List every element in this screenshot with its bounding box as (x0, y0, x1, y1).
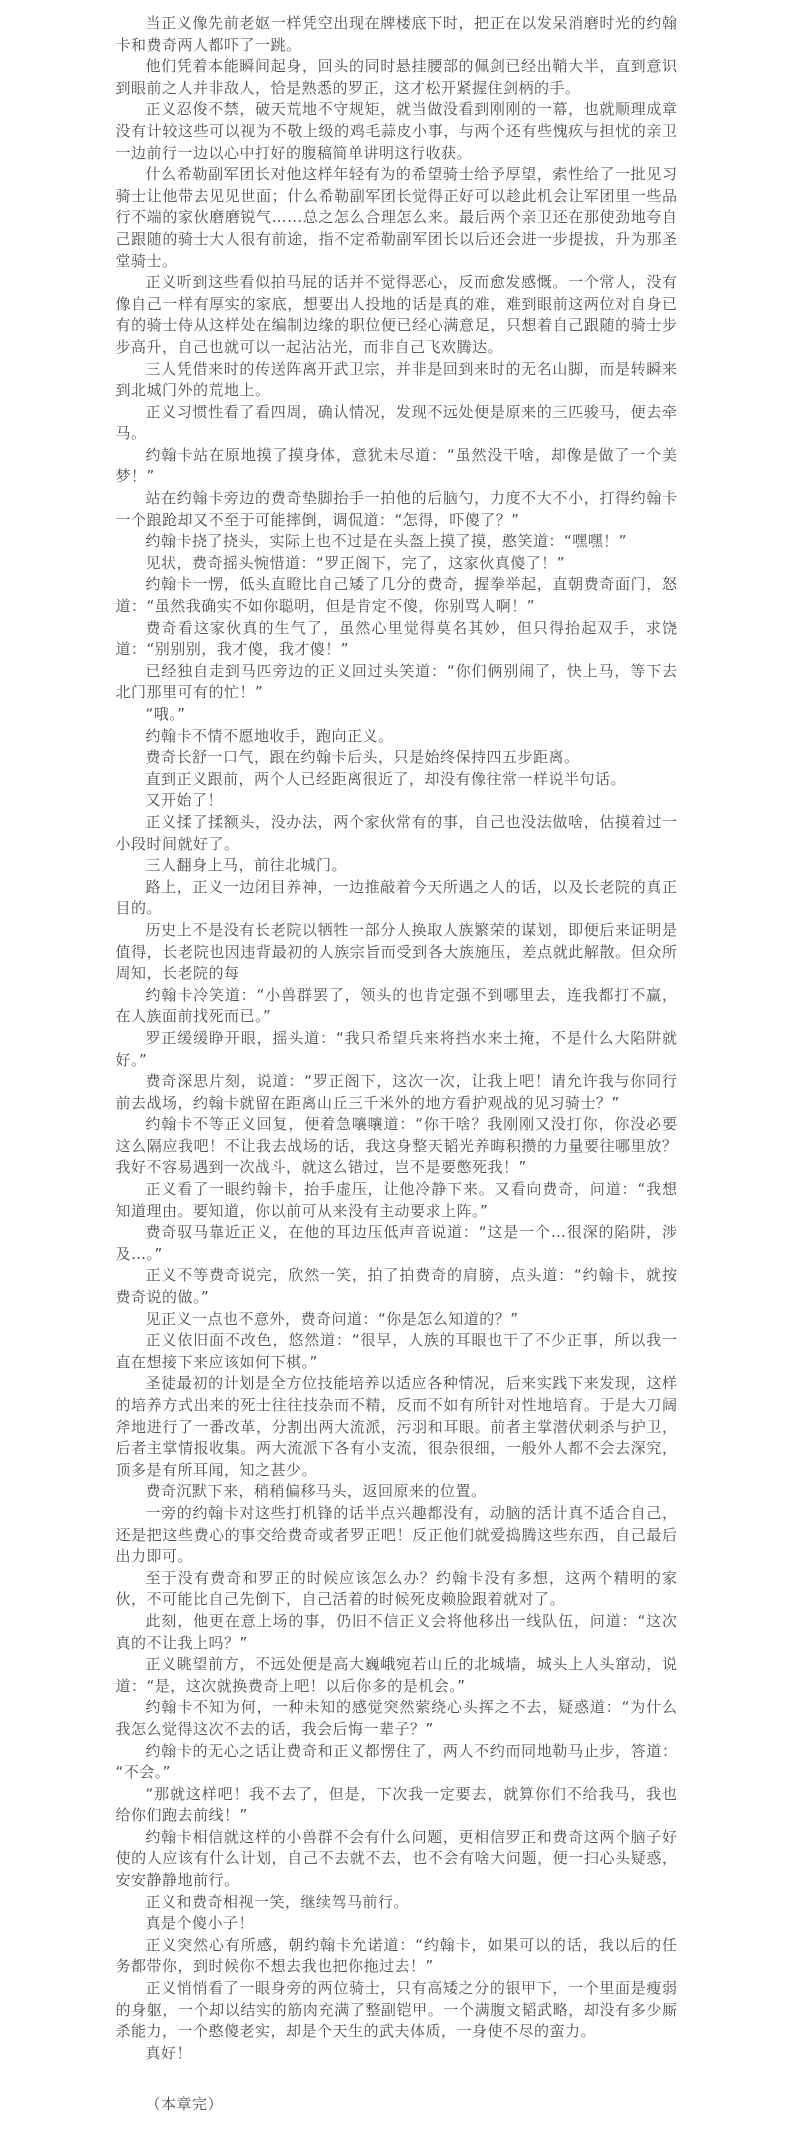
paragraph: 又开始了！ (116, 790, 678, 812)
paragraph: 见正义一点也不意外，费奇问道：“你是怎么知道的？” (116, 1309, 678, 1331)
paragraph: 他们凭着本能瞬间起身，回头的同时悬挂腰部的佩剑已经出鞘大半，直到意识到眼前之人并… (116, 56, 678, 99)
paragraph: 当正义像先前老妪一样凭空出现在牌楼底下时，把正在以发呆消磨时光的约翰卡和费奇两人… (116, 13, 678, 56)
paragraph: 站在约翰卡旁边的费奇垫脚抬手一拍他的后脑勺，力度不大不小，打得约翰卡一个踉跄却又… (116, 488, 678, 531)
paragraph: 路上，正义一边闭目养神，一边推敲着今天所遇之人的话，以及长老院的真正目的。 (116, 877, 678, 920)
paragraph: 见状，费奇摇头惋惜道：“罗正阁下，完了，这家伙真傻了！” (116, 553, 678, 575)
paragraph: 约翰卡不知为何，一种未知的感觉突然萦绕心头挥之不去，疑惑道：“为什么我怎么觉得这… (116, 1697, 678, 1740)
paragraph: 约翰卡相信就这样的小兽群不会有什么问题，更相信罗正和费奇这两个脑子好使的人应该有… (116, 1827, 678, 1892)
paragraph: 正义揉了揉额头，没办法，两个家伙常有的事，自己也没法做啥，估摸着过一小段时间就好… (116, 812, 678, 855)
paragraph: 约翰卡挠了挠头，实际上也不过是在头盔上摸了摸，憨笑道：“嘿嘿！” (116, 531, 678, 553)
paragraph: 真是个傻小子！ (116, 1913, 678, 1935)
paragraph: 约翰卡冷笑道：“小兽群罢了，领头的也肯定强不到哪里去，连我都打不赢，在人族面前找… (116, 985, 678, 1028)
paragraph: 约翰卡一愣，低头直瞪比自己矮了几分的费奇，握拳举起，直朝费奇面门，怒道：“虽然我… (116, 574, 678, 617)
paragraph: 此刻，他更在意上场的事，仍旧不信正义会将他移出一线队伍，问道：“这次真的不让我上… (116, 1611, 678, 1654)
paragraph: 费奇长舒一口气，跟在约翰卡后头，只是始终保持四五步距离。 (116, 747, 678, 769)
paragraph: 历史上不是没有长老院以牺牲一部分人换取人族繁荣的谋划，即便后来证明是值得，长老院… (116, 920, 678, 985)
chapter-text: 当正义像先前老妪一样凭空出现在牌楼底下时，把正在以发呆消磨时光的约翰卡和费奇两人… (116, 0, 678, 2094)
paragraph: 正义依旧面不改色，悠然道：“很早，人族的耳眼也干了不少正事，所以我一直在想接下来… (116, 1330, 678, 1373)
paragraph: 正义不等费奇说完，欣然一笑，拍了拍费奇的肩膀，点头道：“约翰卡，就按费奇说的做。… (116, 1265, 678, 1308)
paragraph: 约翰卡不情不愿地收手，跑向正义。 (116, 726, 678, 748)
paragraph: 三人凭借来时的传送阵离开武卫宗，并非是回到来时的无名山脚，而是转瞬来到北城门外的… (116, 359, 678, 402)
paragraph: 正义眺望前方，不远处便是高大巍峨宛若山丘的北城墙，城头上人头窜动，说道：“是，这… (116, 1654, 678, 1697)
paragraph: 正义忍俊不禁，破天荒地不守规矩，就当做没看到刚刚的一幕，也就顺理成章没有计较这些… (116, 99, 678, 164)
paragraph: 约翰卡站在原地摸了摸身体，意犹未尽道：“虽然没干啥，却像是做了一个美梦！” (116, 445, 678, 488)
paragraph: 直到正义跟前，两个人已经距离很近了，却没有像往常一样说半句话。 (116, 769, 678, 791)
paragraph: 费奇看这家伙真的生气了，虽然心里觉得莫名其妙，但只得抬起双手，求饶道：“别别别，… (116, 618, 678, 661)
paragraph: 正义习惯性看了看四周，确认情况，发现不远处便是原来的三匹骏马，便去牵马。 (116, 402, 678, 445)
paragraph: 约翰卡不等正义回复，便着急嚷嚷道：“你干啥？我刚刚又没打你，你没必要这么隔应我吧… (116, 1114, 678, 1179)
paragraph: 一旁的约翰卡对这些打机锋的话半点兴趣都没有，动脑的活计真不适合自己，还是把这些费… (116, 1503, 678, 1568)
paragraph: 什么希勒副军团长对他这样年轻有为的希望骑士给予厚望，索性给了一批见习骑士让他带去… (116, 164, 678, 272)
paragraph: 正义听到这些看似拍马屁的话并不觉得恶心，反而愈发感慨。一个常人，没有像自己一样有… (116, 272, 678, 358)
paragraph: 费奇深思片刻，说道：“罗正阁下，这次一次，让我上吧！请允许我与你同行前去战场，约… (116, 1071, 678, 1114)
paragraph: 正义看了一眼约翰卡，抬手虚压，让他冷静下来。又看向费奇，问道：“我想知道理由。要… (116, 1179, 678, 1222)
chapter-end-marker: （本章完） (116, 2094, 678, 2116)
paragraph: 费奇沉默下来，稍稍偏移马头，返回原来的位置。 (116, 1481, 678, 1503)
paragraph: 正义和费奇相视一笑，继续驾马前行。 (116, 1892, 678, 1914)
paragraph: 真好！ (116, 2043, 678, 2065)
paragraph: 罗正缓缓睁开眼，摇头道：“我只希望兵来将挡水来土掩，不是什么大陷阱就好。” (116, 1028, 678, 1071)
paragraph: 正义悄悄看了一眼身旁的两位骑士，只有高矮之分的银甲下，一个里面是瘦弱的身躯，一个… (116, 1978, 678, 2043)
paragraph: “哦。” (116, 704, 678, 726)
paragraph: 正义突然心有所感，朝约翰卡允诺道：“约翰卡，如果可以的话，我以后的任务都带你，到… (116, 1935, 678, 1978)
paragraph: 三人翻身上马，前往北城门。 (116, 855, 678, 877)
paragraph: 圣徒最初的计划是全方位技能培养以适应各种情况，后来实践下来发现，这样的培养方式出… (116, 1373, 678, 1481)
paragraph: 至于没有费奇和罗正的时候应该怎么办？约翰卡没有多想，这两个精明的家伙，不可能比自… (116, 1568, 678, 1611)
paragraph: 约翰卡的无心之话让费奇和正义都愣住了，两人不约而同地勒马止步，答道：“不会。” (116, 1741, 678, 1784)
paragraph: 已经独自走到马匹旁边的正义回过头笑道：“你们俩别闹了，快上马，等下去北门那里可有… (116, 661, 678, 704)
paragraph: “那就这样吧！我不去了，但是，下次我一定要去，就算你们不给我马，我也给你们跑去前… (116, 1784, 678, 1827)
paragraph: 费奇驭马靠近正义，在他的耳边压低声音说道：“这是一个…很深的陷阱，涉及…。” (116, 1222, 678, 1265)
